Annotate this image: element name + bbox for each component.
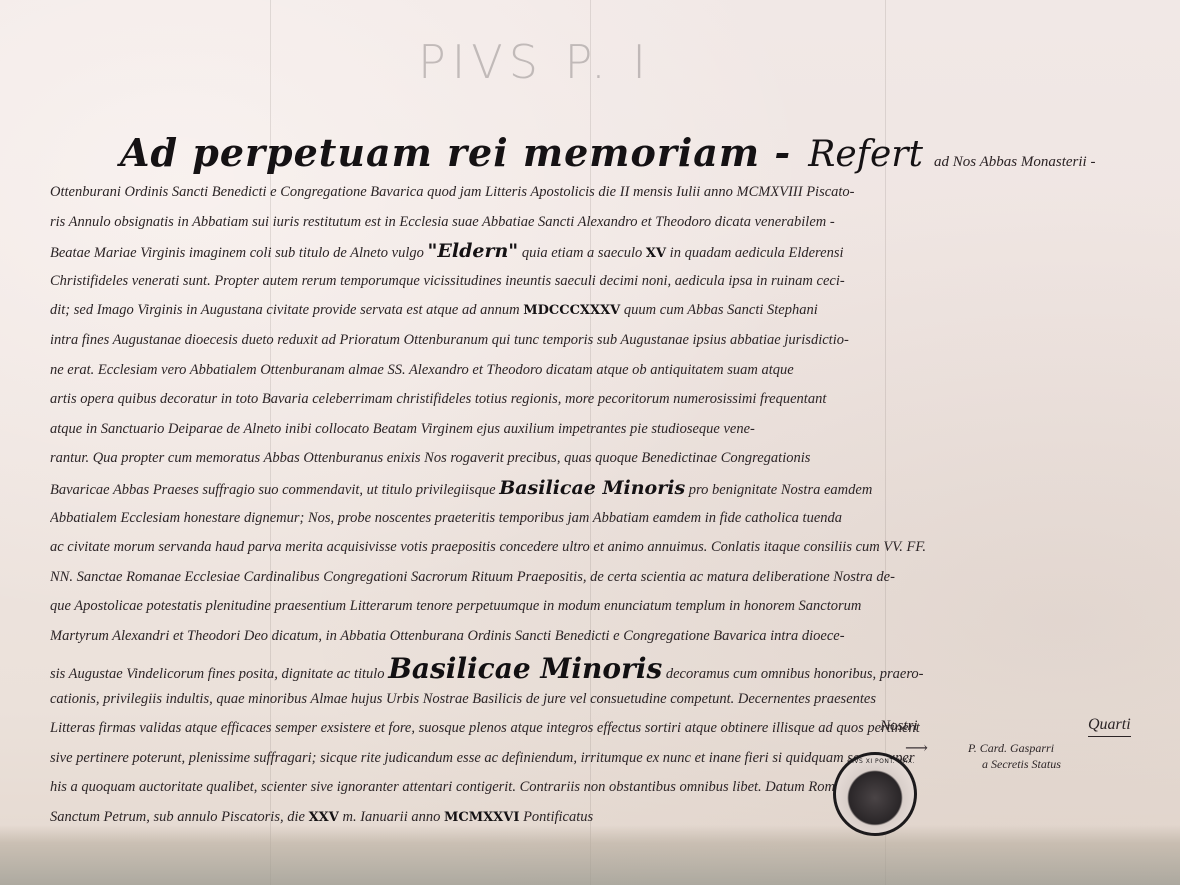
text-line: ris Annulo obsignatis in Abbatiam sui iu… <box>50 208 1135 238</box>
text-line: Bavaricae Abbas Praeses suffragio suo co… <box>50 474 1135 504</box>
heading-title: Ad perpetuam rei memoriam - <box>120 130 791 175</box>
text-line: Christifideles venerati sunt. Propter au… <box>50 267 1135 297</box>
text-line: atque in Sanctuario Deiparae de Alneto i… <box>50 415 1135 445</box>
text-line: Beatae Mariae Virginis imaginem coli sub… <box>50 237 1135 267</box>
document-heading: Ad perpetuam rei memoriam - Refert ad No… <box>120 130 1095 175</box>
text-line: dit; sed Imago Virginis in Augustana civ… <box>50 296 1135 326</box>
text-line: sis Augustae Vindelicorum fines posita, … <box>50 652 1135 685</box>
seal-legend: PIVS XI PONT. MAX. <box>848 758 915 765</box>
signature-quarti: Quarti <box>1088 716 1131 737</box>
signature-nostri: Nostri <box>880 718 918 735</box>
day-number: XXV <box>309 810 339 825</box>
text-line: Martyrum Alexandri et Theodori Deo dicat… <box>50 622 1135 652</box>
document-body: Ottenburani Ordinis Sancti Benedicti e C… <box>50 178 1135 832</box>
photo-edge-shadow <box>0 825 1180 885</box>
heading-tail: ad Nos Abbas Monasterii - <box>934 154 1095 170</box>
year-1926: MCMXXVI <box>444 810 519 825</box>
papal-watermark: PIVS P. I <box>418 35 652 89</box>
text-line: rantur. Qua propter cum memoratus Abbas … <box>50 444 1135 474</box>
basilicae-minoris-title: Basilicae Minoris <box>388 652 662 685</box>
eldern-emphasis: "Eldern" <box>427 240 518 262</box>
text-line: NN. Sanctae Romanae Ecclesiae Cardinalib… <box>50 563 1135 593</box>
heading-refert: Refert <box>808 134 923 175</box>
text-line: his a quoquam auctoritate qualibet, scie… <box>50 773 1135 803</box>
year-1835: MDCCCXXXV <box>523 303 620 318</box>
text-line: Ottenburani Ordinis Sancti Benedicti e C… <box>50 178 1135 208</box>
text-line: que Apostolicae potestatis plenitudine p… <box>50 592 1135 622</box>
text-line: Sanctum Petrum, sub annulo Piscatoris, d… <box>50 803 1135 833</box>
text-line: ac civitate morum servanda haud parva me… <box>50 533 1135 563</box>
text-line: ne erat. Ecclesiam vero Abbatialem Otten… <box>50 356 1135 386</box>
basilicae-minoris-inline: Basilicae Minoris <box>499 477 685 499</box>
text-line: cationis, privilegiis indultis, quae min… <box>50 685 1135 715</box>
text-line: intra fines Augustanae dioecesis dueto r… <box>50 326 1135 356</box>
cardinal-signature: P. Card. Gasparri a Secretis Status <box>968 740 1061 772</box>
text-line: artis opera quibus decoratur in toto Bav… <box>50 385 1135 415</box>
text-line: Abbatialem Ecclesiam honestare dignemur;… <box>50 504 1135 534</box>
arrow-flourish-icon: ⟶ <box>905 738 928 757</box>
